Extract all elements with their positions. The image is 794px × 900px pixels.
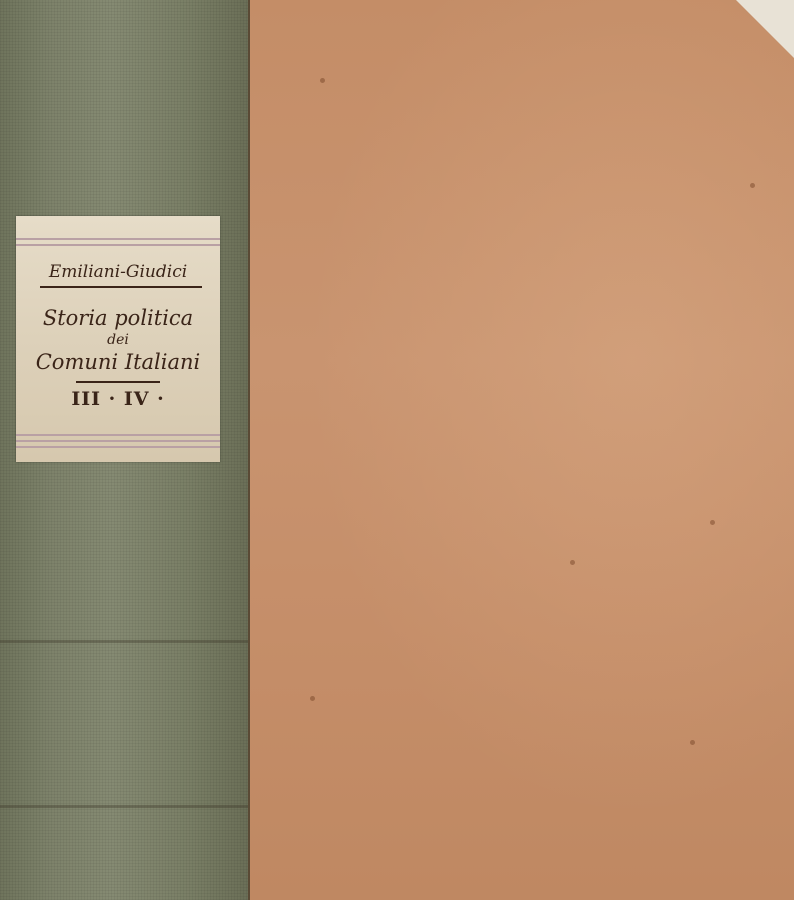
book-cover [248, 0, 794, 900]
label-stripe [16, 434, 220, 436]
title-line-1: Storia politica [16, 306, 220, 330]
foxing-spot [570, 560, 575, 565]
book-spine: Emiliani-Giudici Storia politica dei Com… [0, 0, 248, 900]
worn-corner [736, 0, 794, 60]
label-stripe [16, 244, 220, 246]
foxing-spot [310, 696, 315, 701]
author-name: Emiliani-Giudici [16, 262, 220, 282]
label-stripe [16, 446, 220, 448]
spine-band [0, 640, 248, 643]
volume-numbers: III · IV · [16, 388, 220, 410]
foxing-spot [320, 78, 325, 83]
label-stripe [16, 238, 220, 240]
volume-rule [76, 381, 160, 383]
foxing-spot [690, 740, 695, 745]
spine-label: Emiliani-Giudici Storia politica dei Com… [16, 216, 220, 462]
foxing-spot [750, 183, 755, 188]
foxing-spot [710, 520, 715, 525]
title-line-2: dei [16, 332, 220, 348]
title-line-3: Comuni Italiani [16, 350, 220, 374]
author-underline [40, 286, 202, 288]
label-stripe [16, 440, 220, 442]
spine-band [0, 805, 248, 808]
